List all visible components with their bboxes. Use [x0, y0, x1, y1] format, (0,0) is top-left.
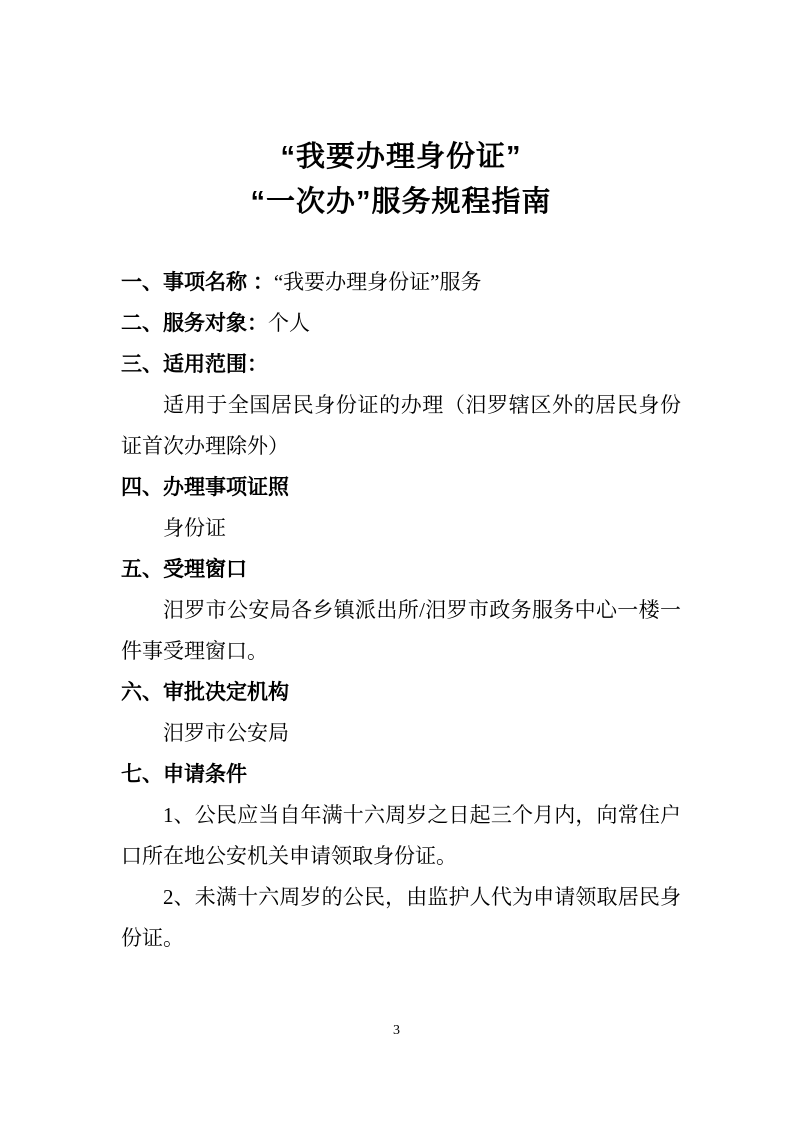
- heading-acceptance-window-label: 五、受理窗口: [121, 558, 247, 581]
- para-acceptance-window: 汨罗市公安局各乡镇派出所/汨罗市政务服务中心一楼一件事受理窗口。: [121, 590, 681, 672]
- heading-applicable-scope-label: 三、适用范围：: [121, 353, 268, 376]
- para-certificate-type: 身份证: [121, 508, 681, 549]
- heading-application-conditions: 七、申请条件: [121, 754, 681, 795]
- para-applicable-scope: 适用于全国居民身份证的办理（汨罗辖区外的居民身份证首次办理除外）: [121, 385, 681, 467]
- heading-approval-agency-label: 六、审批决定机构: [121, 681, 289, 704]
- para-condition-2: 2、未满十六周岁的公民，由监护人代为申请领取居民身份证。: [121, 877, 681, 959]
- heading-item-name: 一、事项名称 ：“我要办理身份证”服务: [121, 262, 681, 303]
- document-page: “我要办理身份证” “一次办”服务规程指南 一、事项名称 ：“我要办理身份证”服…: [0, 0, 793, 1122]
- para-approval-agency: 汨罗市公安局: [121, 713, 681, 754]
- para-condition-1: 1、公民应当自年满十六周岁之日起三个月内，向常住户口所在地公安机关申请领取身份证…: [121, 795, 681, 877]
- title-line-2: “一次办”服务规程指南: [121, 180, 681, 225]
- heading-acceptance-window: 五、受理窗口: [121, 549, 681, 590]
- heading-application-conditions-label: 七、申请条件: [121, 763, 247, 786]
- heading-certificate-type-label: 四、办理事项证照: [121, 476, 289, 499]
- heading-service-target: 二、服务对象：个人: [121, 303, 681, 344]
- heading-service-target-label: 二、服务对象：: [121, 312, 268, 335]
- page-number: 3: [393, 1023, 400, 1038]
- heading-certificate-type: 四、办理事项证照: [121, 467, 681, 508]
- page-footer: 3: [0, 1022, 793, 1040]
- document-body: 一、事项名称 ：“我要办理身份证”服务 二、服务对象：个人 三、适用范围： 适用…: [121, 262, 681, 959]
- heading-applicable-scope: 三、适用范围：: [121, 344, 681, 385]
- heading-service-target-value: 个人: [268, 311, 310, 335]
- title-line-1: “我要办理身份证”: [121, 135, 681, 180]
- heading-item-name-value: “我要办理身份证”服务: [274, 270, 482, 294]
- heading-approval-agency: 六、审批决定机构: [121, 672, 681, 713]
- document-title: “我要办理身份证” “一次办”服务规程指南: [121, 135, 681, 225]
- heading-item-name-label: 一、事项名称 ：: [121, 271, 274, 294]
